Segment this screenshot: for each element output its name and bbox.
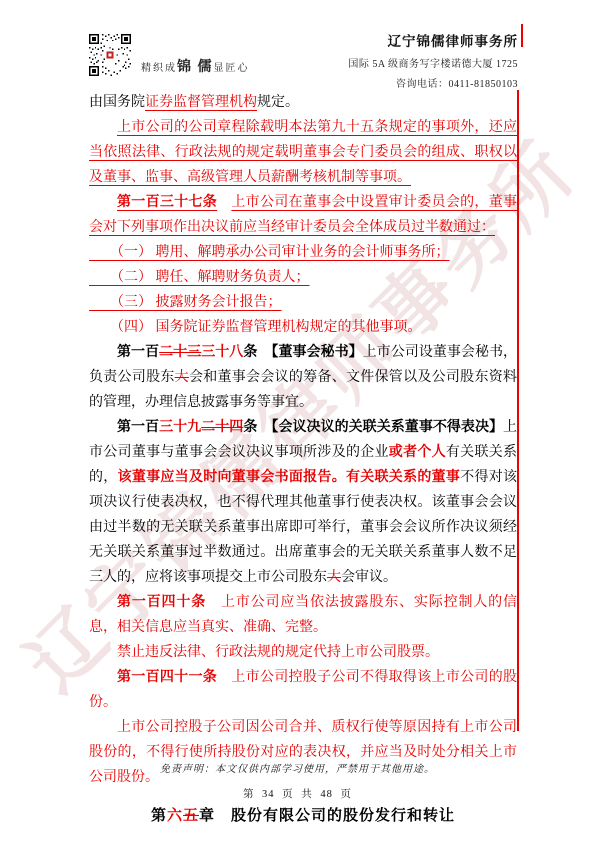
revision-bar-body <box>517 90 519 731</box>
paragraph: 第一百四十一条 上市公司控股子公司不得取得该上市公司的股份。 <box>89 665 517 715</box>
firm-phone: 咨询电话：0411-81850103 <box>348 75 518 90</box>
text-segment <box>217 195 231 210</box>
text-segment: 六 <box>167 808 183 824</box>
document-body: 由国务院证券监督管理机构规定。上市公司的公司章程除载明本法第九十五条规定的事项外… <box>89 90 517 829</box>
text-segment: 大 <box>175 370 189 385</box>
text-segment: 【董事会秘书】 <box>271 345 362 360</box>
text-segment: 二十四 <box>201 420 243 435</box>
body-paragraphs: 由国务院证券监督管理机构规定。上市公司的公司章程除载明本法第九十五条规定的事项外… <box>89 90 517 790</box>
text-segment: （二） 聘任、解聘财务负责人； <box>89 270 310 285</box>
text-segment: 第一百 <box>117 345 159 360</box>
text-segment: 第一百四十条 <box>117 595 206 610</box>
text-segment: 该董事应当及时向董事会书面报告。有关联关系的董事 <box>118 470 461 485</box>
header-contact-block: 辽宁锦儒律师事务所 国际 5A 级商务写字楼诺德大厦 1725 咨询电话：041… <box>348 30 518 90</box>
text-segment: 由国务院 <box>89 95 145 110</box>
qr-code-icon <box>89 34 131 76</box>
text-segment: 不得对该项决议行使表决权，也不得代理其他董事行使表决权。该董事会会议由过半数的无… <box>89 470 517 585</box>
text-segment: 第 <box>151 808 167 824</box>
text-segment: 证券监督管理机构 <box>145 95 257 110</box>
paragraph: （四） 国务院证券监督管理机构规定的其他事项。 <box>89 315 517 340</box>
text-segment: 第一百 <box>117 420 159 435</box>
text-segment: 三十九 <box>159 420 201 435</box>
firm-name: 辽宁锦儒律师事务所 <box>348 30 518 50</box>
paragraph: 第一百二十三三十八条 【董事会秘书】上市公司设董事会秘书，负责公司股东大会和董事… <box>89 340 517 415</box>
text-segment <box>257 345 271 360</box>
text-segment <box>217 670 231 685</box>
paragraph: 禁止违反法律、行政法规的规定代持上市公司股票。 <box>89 640 517 665</box>
text-segment: 条 <box>243 345 257 360</box>
paragraph: （三） 披露财务会计报告； <box>89 290 517 315</box>
paragraph: 第一百四十条 上市公司应当依法披露股东、实际控制人的信息，相关信息应当真实、准确… <box>89 590 517 640</box>
paragraph: 上市公司控股子公司因公司合并、质权行使等原因持有上市公司股份的，不得行使所持股份… <box>89 715 517 790</box>
text-segment: 上市公司控股子公司因公司合并、质权行使等原因持有上市公司股份的，不得行使所持股份… <box>89 720 517 785</box>
firm-slogan: 精织成锦 儒显匠心 <box>141 56 250 76</box>
firm-address: 国际 5A 级商务写字楼诺德大厦 1725 <box>348 55 518 70</box>
text-segment: 章 <box>199 808 215 824</box>
text-segment: 【会议决议的关联关系董事不得表决】 <box>271 420 503 435</box>
text-segment: 三十八 <box>201 345 243 360</box>
text-segment: （三） 披露财务会计报告； <box>89 295 282 310</box>
paragraph: 由国务院证券监督管理机构规定。 <box>89 90 517 115</box>
text-segment: 或者个人 <box>389 445 446 460</box>
chapter-heading: 第六五章 股份有限公司的股份发行和转让 <box>89 804 517 829</box>
text-segment: 会审议。 <box>341 570 397 585</box>
revision-bar-header <box>521 24 523 47</box>
text-segment: 二十三 <box>159 345 201 360</box>
text-segment: 规定。 <box>257 95 299 110</box>
text-segment: 第一百三十七条 <box>117 195 217 210</box>
text-segment: 显匠心 <box>214 63 250 74</box>
document-page: 辽宁锦儒律师事务所 精织成锦 儒显匠心 辽宁锦儒律师事务所 国际 5A 级商务写… <box>0 0 595 842</box>
text-segment: 儒 <box>198 60 214 75</box>
text-segment: 第一百四十一条 <box>117 670 217 685</box>
text-segment: 锦 <box>177 60 193 75</box>
text-segment: （四） 国务院证券监督管理机构规定的其他事项。 <box>89 320 422 335</box>
text-segment: （一） 聘用、解聘承办公司审计业务的会计师事务所； <box>89 245 450 260</box>
text-segment: 条 <box>243 420 257 435</box>
text-segment <box>257 420 271 435</box>
text-segment: 上市公司的公司章程除载明本法第九十五条规定的事项外，还应当依照法律、行政法规的规… <box>89 120 517 185</box>
text-segment: 大 <box>327 570 341 585</box>
text-segment: 五 <box>183 808 199 824</box>
text-segment: 精织成 <box>141 63 177 74</box>
paragraph: （一） 聘用、解聘承办公司审计业务的会计师事务所； <box>89 240 517 265</box>
text-segment: 股份有限公司的股份发行和转让 <box>231 808 455 824</box>
text-segment: 禁止违反法律、行政法规的规定代持上市公司股票。 <box>117 645 439 660</box>
paragraph: （二） 聘任、解聘财务负责人； <box>89 265 517 290</box>
paragraph: 第一百三十九二十四条 【会议决议的关联关系董事不得表决】上市公司董事与董事会会议… <box>89 415 517 590</box>
paragraph: 第一百三十七条 上市公司在董事会中设置审计委员会的，董事会对下列事项作出决议前应… <box>89 190 517 240</box>
paragraph: 上市公司的公司章程除载明本法第九十五条规定的事项外，还应当依照法律、行政法规的规… <box>89 115 517 190</box>
text-segment <box>206 595 221 610</box>
text-segment <box>215 808 231 824</box>
